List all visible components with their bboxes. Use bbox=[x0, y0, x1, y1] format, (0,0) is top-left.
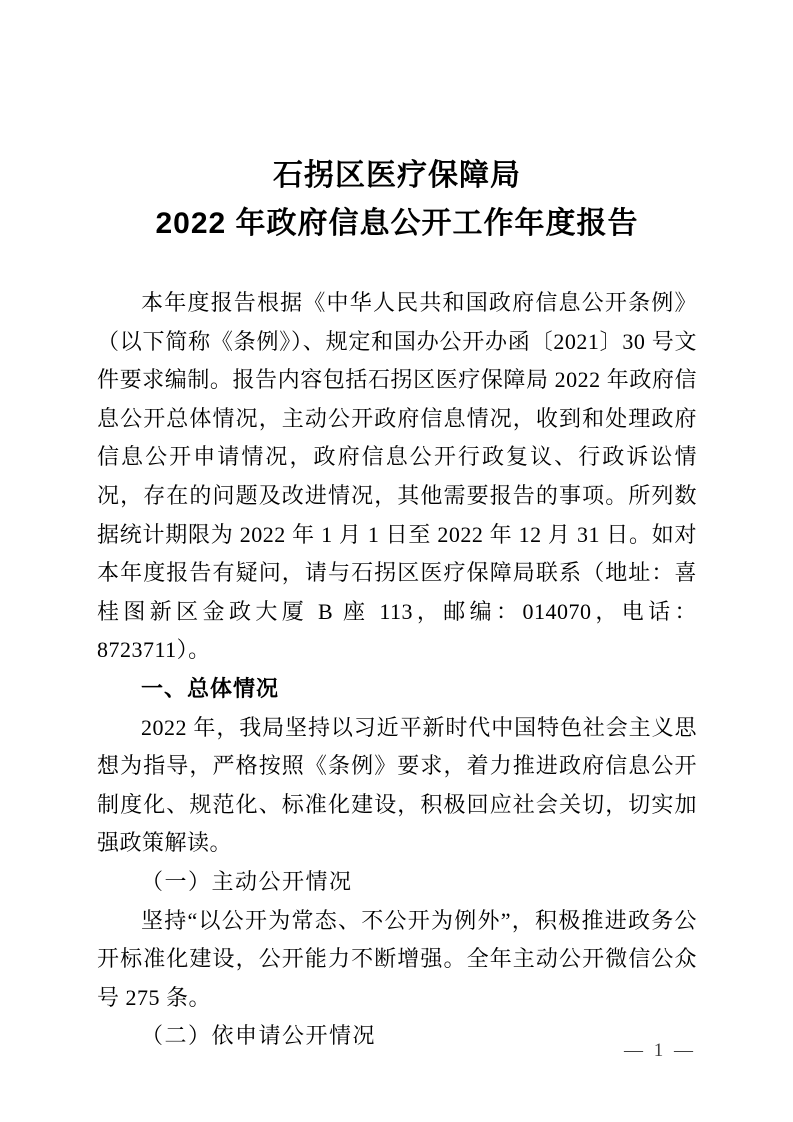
section-1-paragraph: 2022 年，我局坚持以习近平新时代中国特色社会主义思想为指导，严格按照《条例》… bbox=[97, 709, 697, 863]
document-title-line2: 2022 年政府信息公开工作年度报告 bbox=[97, 200, 697, 248]
title-spacer bbox=[97, 248, 697, 284]
subsection-1-paragraph: 坚持“以公开为常态、不公开为例外”，积极推进政务公开标准化建设，公开能力不断增强… bbox=[97, 902, 697, 1018]
document-content: 石拐区医疗保障局 2022 年政府信息公开工作年度报告 本年度报告根据《中华人民… bbox=[97, 152, 697, 1056]
intro-paragraph: 本年度报告根据《中华人民共和国政府信息公开条例》（以下简称《条例》）、规定和国办… bbox=[97, 284, 697, 670]
section-1-heading: 一、总体情况 bbox=[97, 670, 697, 709]
document-page: 石拐区医疗保障局 2022 年政府信息公开工作年度报告 本年度报告根据《中华人民… bbox=[0, 0, 793, 1122]
document-title-line1: 石拐区医疗保障局 bbox=[97, 152, 697, 200]
page-number: — 1 — bbox=[624, 1040, 696, 1062]
subsection-2-heading: （二）依申请公开情况 bbox=[97, 1017, 697, 1056]
subsection-1-heading: （一）主动公开情况 bbox=[97, 863, 697, 902]
